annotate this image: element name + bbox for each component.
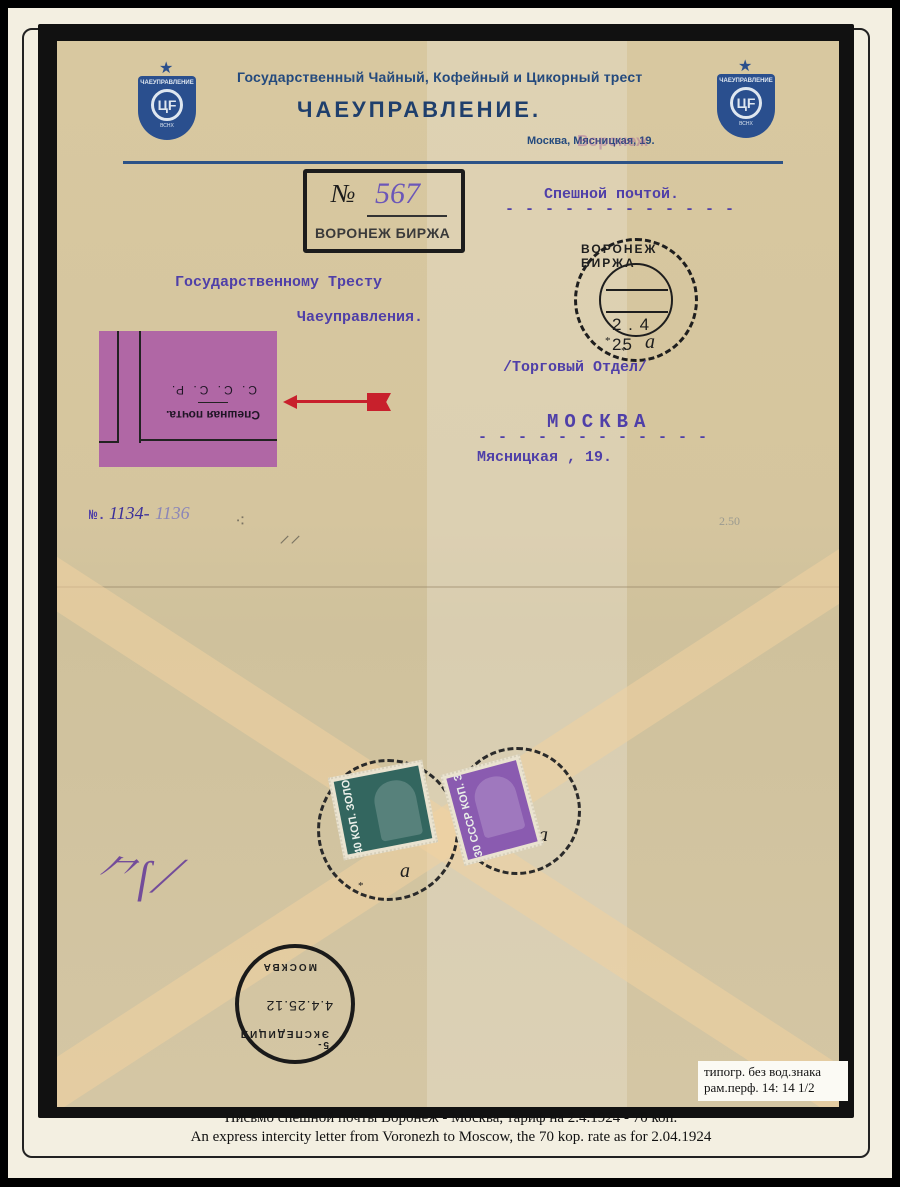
- label-line: [139, 439, 277, 441]
- postmark-series: а: [645, 331, 655, 354]
- stamp-design: 40 КОП. ЗОЛОТОМ: [334, 765, 433, 854]
- worker-figure: [371, 777, 423, 842]
- emblem-monogram: ЦF: [154, 97, 180, 113]
- overprint-stamp: Воронеж: [577, 133, 648, 151]
- reference-handwritten: 1136: [155, 503, 190, 524]
- caption-russian: Письмо спешной почты Воронеж - Москва, т…: [38, 1109, 864, 1128]
- registration-box: № 567 ВОРОНЕЖ БИРЖА: [303, 169, 465, 253]
- red-arrow-icon: [283, 393, 393, 411]
- label-text: Спешная почта. С. С. С. Р.: [153, 383, 273, 422]
- star-icon: ★: [738, 59, 752, 75]
- postmark-date-band: 2 . 4 25: [606, 289, 668, 313]
- registration-prefix: №: [331, 179, 356, 209]
- label-line: [117, 331, 119, 443]
- postmark-city: МОСКВА: [262, 961, 317, 972]
- arrow-shaft: [293, 400, 373, 403]
- letterhead-organization: Государственный Чайный, Кофейный и Цикор…: [237, 69, 642, 85]
- star-icon: *: [605, 335, 611, 347]
- emblem-subtitle: ВСНХ: [138, 123, 196, 129]
- emblem-right: ★ ЧАЕУПРАВЛЕНИЕ ЦF ВСНХ: [717, 59, 775, 139]
- dotted-rule: - - - - - - - - - - - -: [505, 201, 735, 218]
- express-label: Спешная почта. С. С. С. Р.: [99, 331, 277, 467]
- addressee-department: /Торговый Отдел/: [503, 359, 647, 376]
- shield-icon: ЧАЕУПРАВЛЕНИЕ ЦF ВСНХ: [138, 76, 196, 140]
- note-line-1: типогр. без вод.знака: [704, 1064, 842, 1080]
- stamp-40-kop: 40 КОП. ЗОЛОТОМ: [328, 760, 438, 861]
- shield-icon: ЧАЕУПРАВЛЕНИЕ ЦF ВСНХ: [717, 74, 775, 138]
- ink-smudge: ⸝⸝: [279, 519, 301, 549]
- arrow-fletching: [367, 393, 391, 411]
- emblem-monogram: ЦF: [733, 95, 759, 111]
- postmark-inner-ring: 2 . 4 25: [599, 263, 673, 337]
- letterhead-name: ЧАЕУПРАВЛЕНИЕ.: [297, 97, 541, 123]
- emblem-title: ЧАЕУПРАВЛЕНИЕ: [138, 80, 196, 86]
- note-line-2: рам.перф. 14: 14 1/2: [704, 1080, 842, 1096]
- emblem-ring: ЦF: [730, 87, 762, 119]
- envelope: ★ ЧАЕУПРАВЛЕНИЕ ЦF ВСНХ Государственный …: [57, 41, 839, 1107]
- registration-office: ВОРОНЕЖ БИРЖА: [315, 225, 450, 241]
- emblem-subtitle: ВСНХ: [717, 121, 775, 127]
- emblem-title: ЧАЕУПРАВЛЕНИЕ: [717, 78, 775, 84]
- reference-prefix: №.: [89, 508, 106, 524]
- perforation-note: типогр. без вод.знака рам.перф. 14: 14 1…: [698, 1061, 848, 1101]
- pencil-note: 2.50: [719, 514, 740, 529]
- star-icon: *: [358, 880, 364, 892]
- album-page: ★ ЧАЕУПРАВЛЕНИЕ ЦF ВСНХ Государственный …: [8, 8, 892, 1178]
- ink-smudge: ⁖: [235, 511, 246, 532]
- postmark-voronezh: ВОРОНЕЖ БИРЖА 2 . 4 25 * * а: [574, 238, 698, 362]
- label-line: [139, 331, 141, 443]
- reference-number: 1134-: [109, 503, 150, 524]
- emblem-left: ★ ЧАЕУПРАВЛЕНИЕ ЦF ВСНХ: [138, 61, 196, 141]
- star-icon: *: [621, 345, 627, 357]
- postmark-date: 4.4.25.12: [266, 998, 333, 1014]
- caption-english: An express intercity letter from Voronez…: [38, 1128, 864, 1147]
- dotted-rule: - - - - - - - - - - - -: [478, 429, 708, 446]
- label-country: С. С. С. Р.: [153, 383, 273, 397]
- emblem-ring: ЦF: [151, 89, 183, 121]
- postmark-moscow-arrival: 5-ЭКСПЕДИЦИЯ 4.4.25.12 МОСКВА: [235, 944, 355, 1064]
- addressee-line-1: Государственному Тресту: [175, 274, 382, 291]
- registration-underline: [367, 215, 447, 217]
- star-icon: ★: [159, 61, 173, 77]
- addressee-street: Мясницкая , 19.: [477, 449, 612, 466]
- label-separator: [198, 402, 228, 403]
- label-line: [99, 441, 119, 443]
- addressee-line-2: Чаеуправления.: [297, 309, 423, 326]
- stamp-design: 30 СССР КОП. ЗОЛОТОМ: [446, 760, 537, 860]
- registration-number: 567: [375, 177, 420, 211]
- postmark-series: а: [400, 860, 410, 883]
- postmark-ring-text: 5-ЭКСПЕДИЦИЯ: [239, 1028, 329, 1050]
- violet-handwritten-mark: ⺈ſ⟋: [93, 841, 180, 905]
- label-title: Спешная почта.: [153, 408, 273, 422]
- stamp-value: 40 КОП. ЗОЛОТОМ: [335, 765, 366, 854]
- album-caption: Письмо спешной почты Воронеж - Москва, т…: [38, 1109, 864, 1147]
- fold-line: [57, 586, 839, 588]
- letterhead-rule: [123, 161, 783, 164]
